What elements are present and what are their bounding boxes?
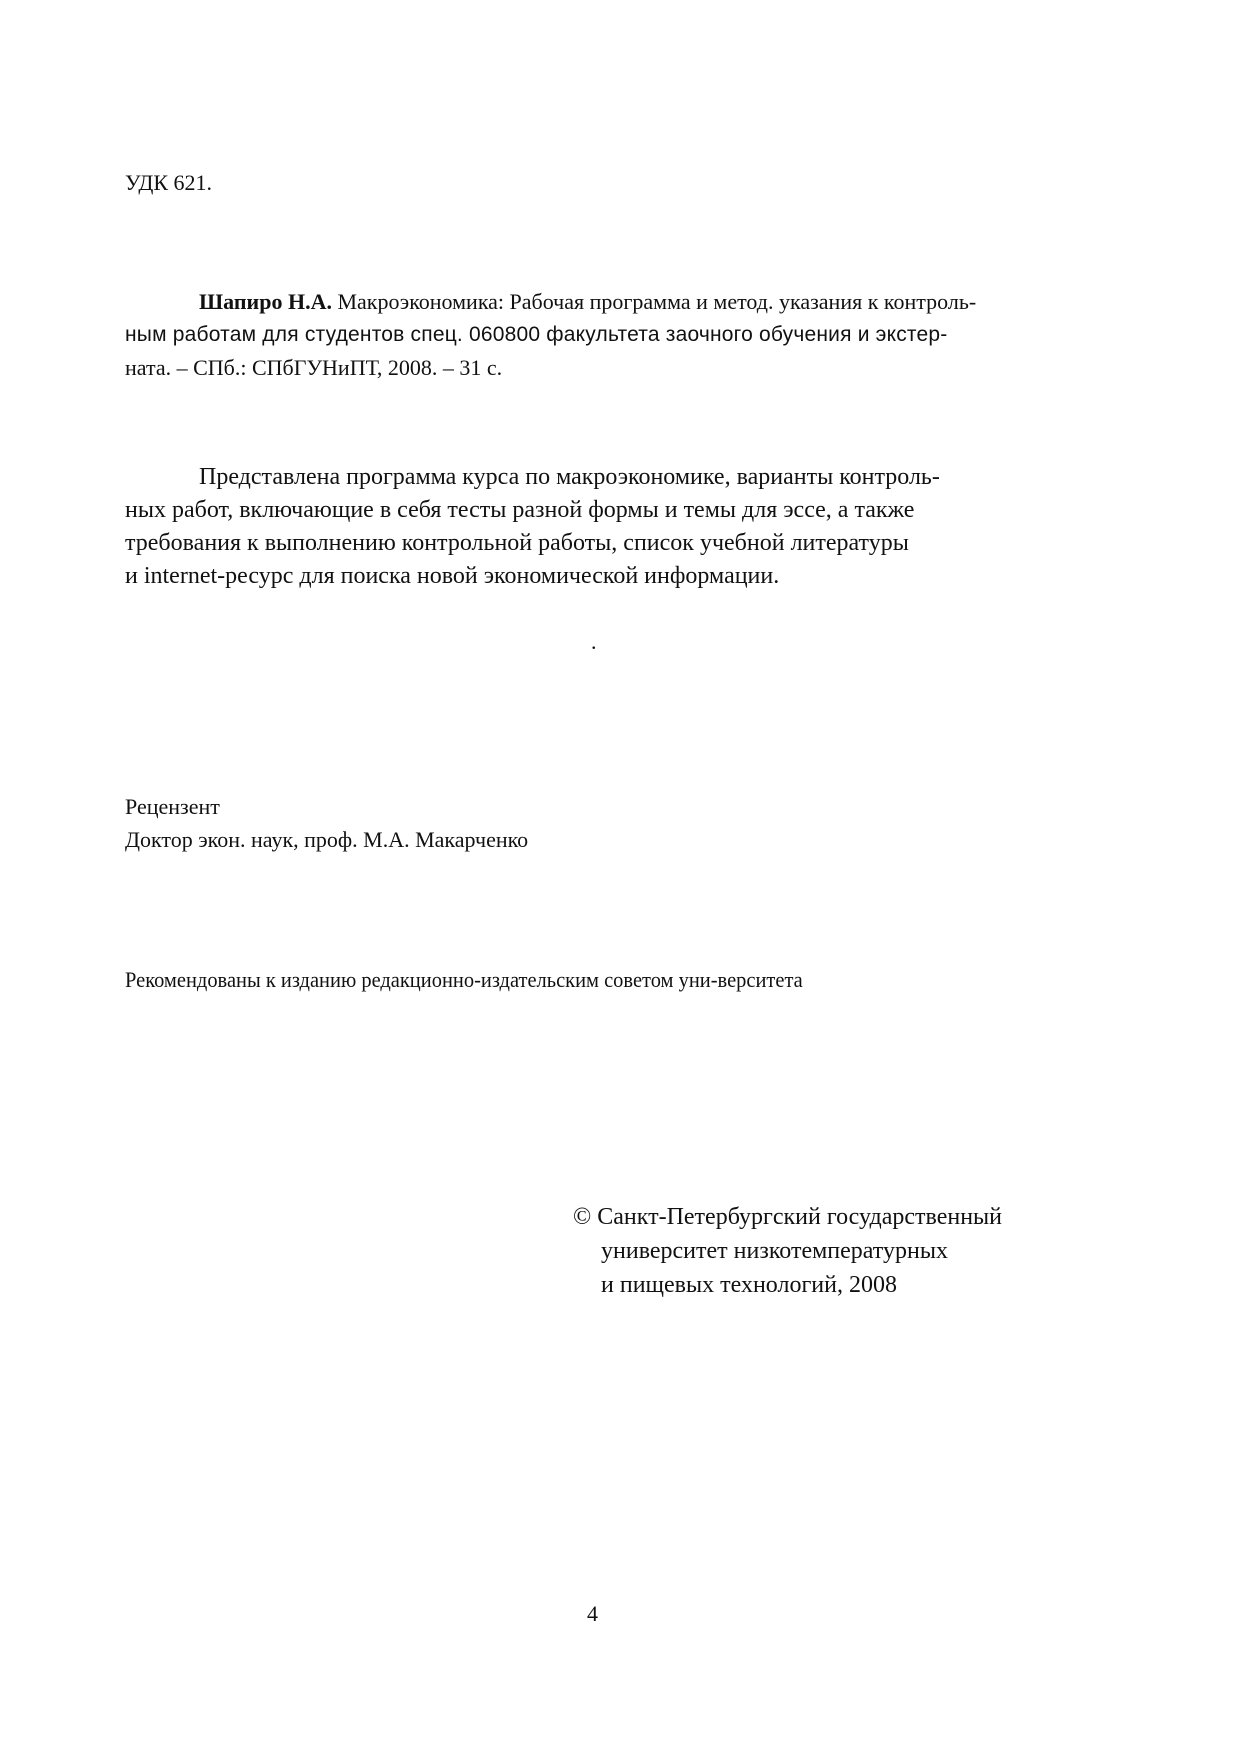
abstract-line: и internet-ресурс для поиска новой эконо… [125, 560, 1055, 593]
abstract-line: ных работ, включающие в себя тесты разно… [125, 494, 1055, 527]
stray-dot: . [591, 625, 597, 658]
copyright-line: © Санкт-Петербургский государственный [573, 1200, 1002, 1234]
biblio-line-1: Шапиро Н.А. Макроэкономика: Рабочая прог… [125, 285, 1055, 318]
copyright-block: © Санкт-Петербургский государственный ун… [573, 1200, 1002, 1302]
udk-code: УДК 621. [125, 166, 212, 199]
biblio-line-3: ната. – СПб.: СПбГУНиПТ, 2008. – 31 с. [125, 351, 1055, 384]
reviewer-label: Рецензент [125, 790, 528, 823]
reviewer-name: Доктор экон. наук, проф. М.А. Макарченко [125, 823, 528, 856]
copyright-line: университет низкотемпературных [573, 1234, 1002, 1268]
copyright-line: и пищевых технологий, 2008 [573, 1268, 1002, 1302]
recommendation-note: Рекомендованы к изданию редакционно-изда… [125, 963, 803, 996]
author-name: Шапиро Н.А. [199, 289, 332, 314]
reviewer-block: Рецензент Доктор экон. наук, проф. М.А. … [125, 790, 528, 856]
biblio-title: Макроэкономика: Рабочая программа и мето… [332, 289, 976, 314]
abstract-line: требования к выполнению контрольной рабо… [125, 527, 1055, 560]
page-number: 4 [587, 1597, 598, 1630]
bibliographic-record: Шапиро Н.А. Макроэкономика: Рабочая прог… [125, 285, 1055, 384]
abstract-line: Представлена программа курса по макроэко… [125, 461, 1055, 494]
biblio-line-2: ным работам для студентов спец. 060800 ф… [125, 318, 1055, 351]
abstract: Представлена программа курса по макроэко… [125, 461, 1055, 593]
